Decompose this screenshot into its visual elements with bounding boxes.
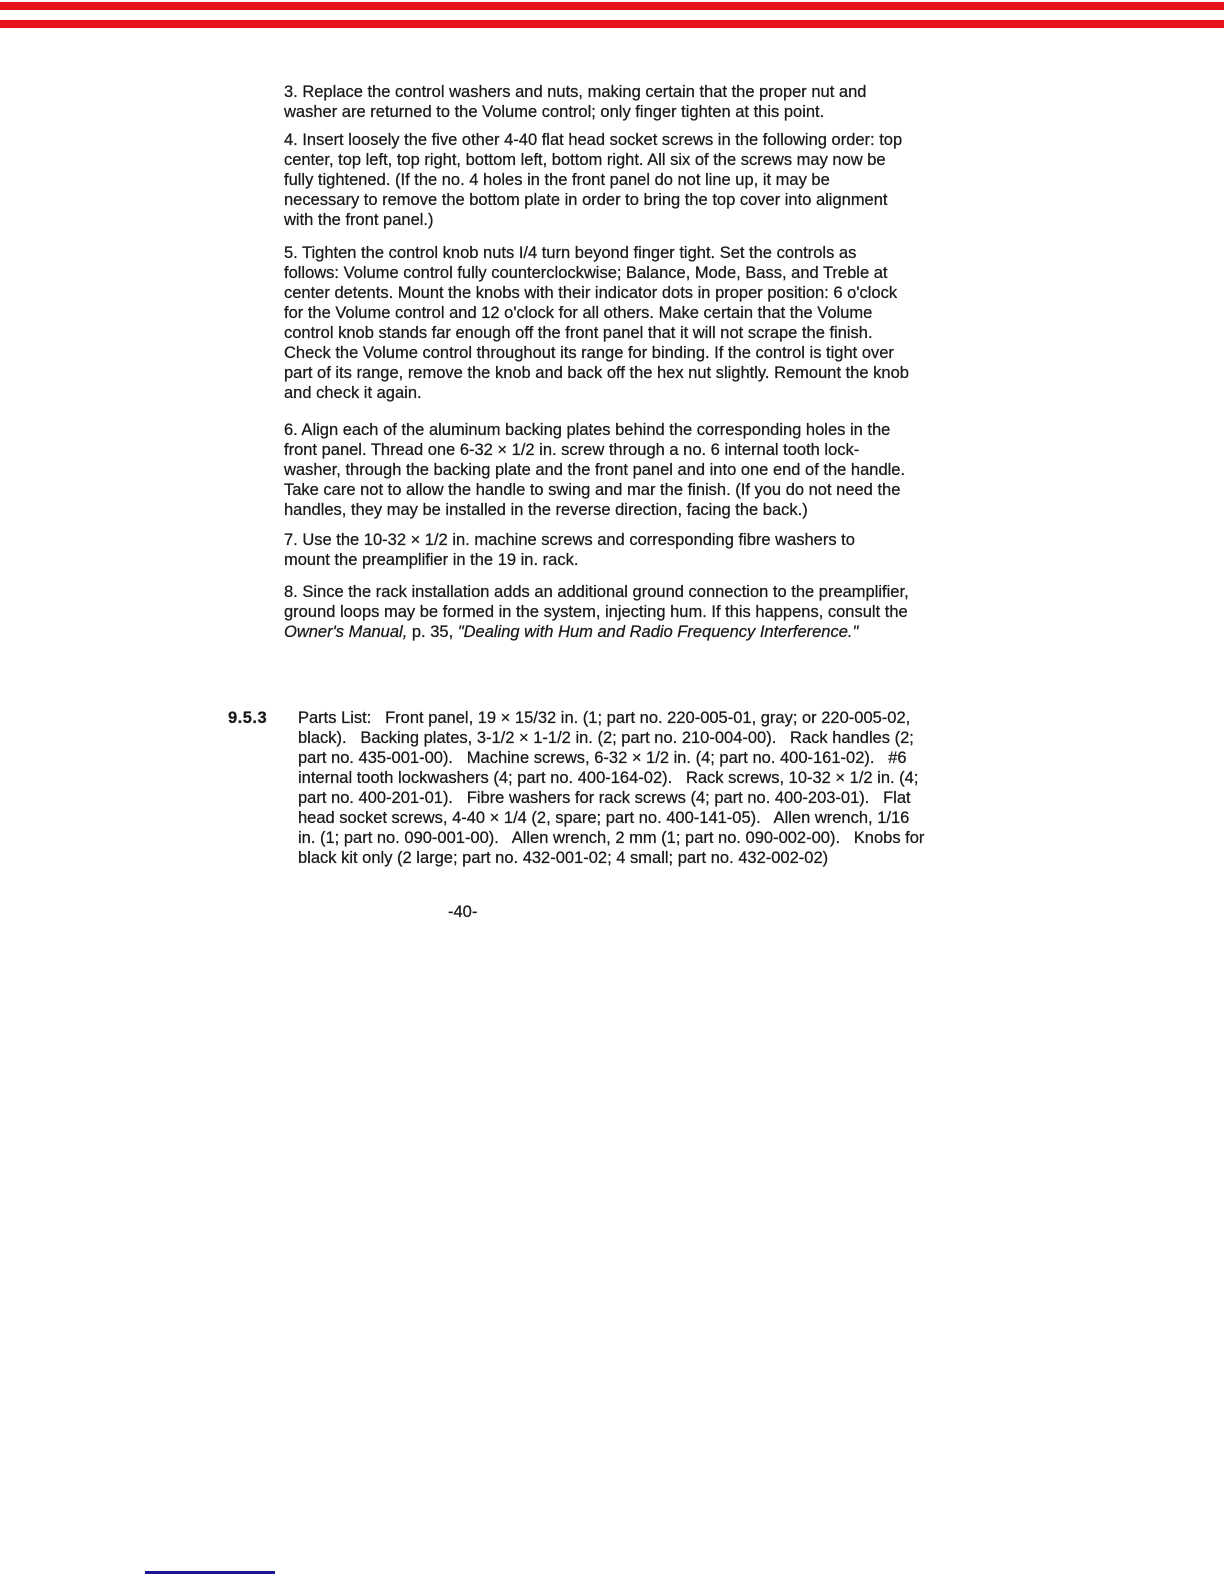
text-line: black). Backing plates, 3-1/2 × 1-1/2 in… [298, 728, 1043, 748]
text-line: control knob stands far enough off the f… [284, 323, 1029, 343]
text-line: washer are returned to the Volume contro… [284, 102, 1029, 122]
text-line: in. (1; part no. 090-001-00). Allen wren… [298, 828, 1043, 848]
text-line: 5. Tighten the control knob nuts I/4 tur… [284, 243, 1029, 263]
text-line: Take care not to allow the handle to swi… [284, 480, 1029, 500]
text-line: with the front panel.) [284, 210, 1029, 230]
text-line: black kit only (2 large; part no. 432-00… [298, 848, 1043, 868]
text-line: handles, they may be installed in the re… [284, 500, 1029, 520]
step-paragraph: 5. Tighten the control knob nuts I/4 tur… [284, 243, 1029, 403]
text-line: part no. 400-201-01). Fibre washers for … [298, 788, 1043, 808]
text-line: internal tooth lockwashers (4; part no. … [298, 768, 1043, 788]
text-line: front panel. Thread one 6-32 × 1/2 in. s… [284, 440, 1029, 460]
scan-artifact-red-bar-top [0, 2, 1224, 10]
text-line: center, top left, top right, bottom left… [284, 150, 1029, 170]
text-line: follows: Volume control fully counterclo… [284, 263, 1029, 283]
text-line: washer, through the backing plate and th… [284, 460, 1029, 480]
text-line: part of its range, remove the knob and b… [284, 363, 1029, 383]
text-line: necessary to remove the bottom plate in … [284, 190, 1029, 210]
instruction-steps: 3. Replace the control washers and nuts,… [284, 82, 1029, 642]
text-line: Check the Volume control throughout its … [284, 343, 1029, 363]
text-line: ground loops may be formed in the system… [284, 602, 1029, 622]
text-line: Owner's Manual, p. 35, "Dealing with Hum… [284, 622, 1029, 642]
text-line: 3. Replace the control washers and nuts,… [284, 82, 1029, 102]
step-paragraph: 4. Insert loosely the five other 4-40 fl… [284, 130, 1029, 230]
text-line: 7. Use the 10-32 × 1/2 in. machine screw… [284, 530, 1029, 550]
text-line: for the Volume control and 12 o'clock fo… [284, 303, 1029, 323]
text-line: center detents. Mount the knobs with the… [284, 283, 1029, 303]
step-paragraph: 8. Since the rack installation adds an a… [284, 582, 1029, 642]
step-paragraph: 7. Use the 10-32 × 1/2 in. machine screw… [284, 530, 1029, 570]
text-line: 6. Align each of the aluminum backing pl… [284, 420, 1029, 440]
scan-artifact-blue-underline [145, 1571, 275, 1574]
text-line: fully tightened. (If the no. 4 holes in … [284, 170, 1029, 190]
step-paragraph: 3. Replace the control washers and nuts,… [284, 82, 1029, 122]
scan-artifact-red-bar-second [0, 20, 1224, 28]
text-line: part no. 435-001-00). Machine screws, 6-… [298, 748, 1043, 768]
scanned-manual-page: 3. Replace the control washers and nuts,… [0, 0, 1224, 1584]
parts-list-text: Parts List: Front panel, 19 × 15/32 in. … [298, 708, 1043, 868]
text-line: and check it again. [284, 383, 1029, 403]
text-line: 8. Since the rack installation adds an a… [284, 582, 1029, 602]
section-number: 9.5.3 [228, 708, 267, 728]
text-line: 4. Insert loosely the five other 4-40 fl… [284, 130, 1029, 150]
text-line: Parts List: Front panel, 19 × 15/32 in. … [298, 708, 1043, 728]
page-number: -40- [448, 902, 477, 922]
text-line: mount the preamplifier in the 19 in. rac… [284, 550, 1029, 570]
step-paragraph: 6. Align each of the aluminum backing pl… [284, 420, 1029, 520]
text-line: head socket screws, 4-40 × 1/4 (2, spare… [298, 808, 1043, 828]
